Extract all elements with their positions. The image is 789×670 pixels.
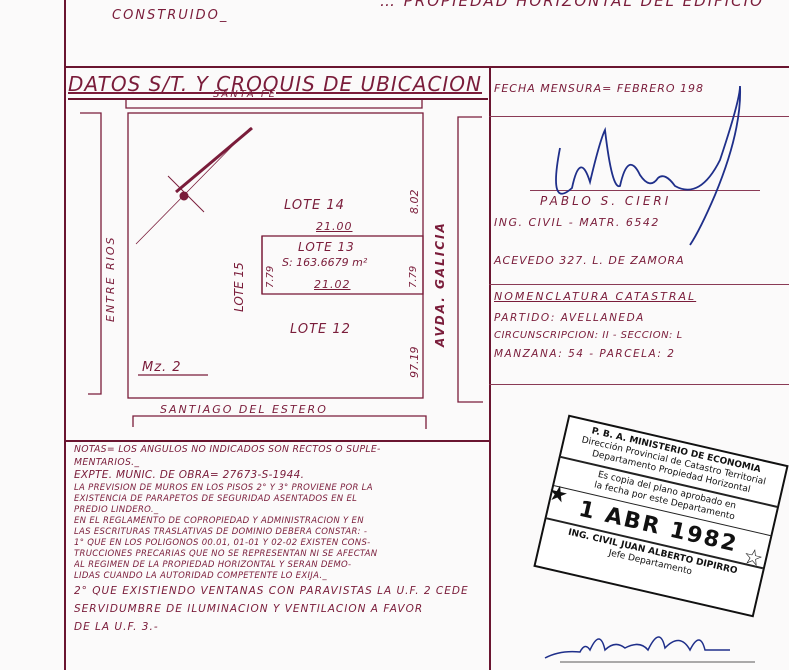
nomenclatura-manzana-parcela: MANZANA: 54 - PARCELA: 2	[494, 348, 675, 360]
note-line: EXPTE. MUNIC. DE OBRA= 27673-S-1944.	[74, 469, 494, 482]
lote-13-dim-bottom: 21.02	[314, 278, 351, 291]
block-label: Mz. 2	[142, 360, 182, 375]
surveyor-name: PABLO S. CIERI	[540, 194, 671, 208]
street-left: ENTRE RIOS	[104, 235, 117, 322]
note-line: AL REGIMEN DE LA PROPIEDAD HORIZONTAL Y …	[74, 560, 494, 571]
note-line: EN EL REGLAMENTO DE COPROPIEDAD Y ADMINI…	[74, 516, 494, 527]
note-line: EXISTENCIA DE PARAPETOS DE SEGURIDAD ASE…	[74, 494, 494, 505]
note-line: TRUCCIONES PRECARIAS QUE NO SE REPRESENT…	[74, 549, 494, 560]
lote-13-area: S: 163.6679 m²	[282, 256, 367, 269]
fecha-mensura: FECHA MENSURA= FEBRERO 198	[494, 82, 704, 95]
note-line: LIDAS CUANDO LA AUTORIDAD COMPETENTE LO …	[74, 571, 494, 582]
nomenclatura-circunscripcion: CIRCUNSCRIPCION: II - SECCION: L	[494, 330, 683, 341]
note-line: PREDIO LINDERO._	[74, 505, 494, 516]
lote-13-label: LOTE 13	[298, 240, 355, 254]
note-line: 1° QUE EN LOS POLIGONOS 00.01, 01-01 Y 0…	[74, 538, 494, 549]
note-line: NOTAS= LOS ANGULOS NO INDICADOS SON RECT…	[74, 443, 494, 456]
note-line: LAS ESCRITURAS TRASLATIVAS DE DOMINIO DE…	[74, 527, 494, 538]
surveyor-title: ING. CIVIL - MATR. 6542	[494, 216, 660, 229]
note-line: 2° QUE EXISTIENDO VENTANAS CON PARAVISTA…	[74, 582, 494, 600]
note-line: LA PREVISION DE MUROS EN LOS PISOS 2° Y …	[74, 483, 494, 494]
street-bottom: SANTIAGO DEL ESTERO	[160, 403, 328, 416]
lote-14-dim-right: 8.02	[408, 190, 421, 215]
note-line: SERVIDUMBRE DE ILUMINACION Y VENTILACION…	[74, 600, 494, 618]
note-line: MENTARIOS._	[74, 456, 494, 469]
nomenclatura-title: NOMENCLATURA CATASTRAL	[494, 290, 696, 303]
note-line: DE LA U.F. 3.-	[74, 618, 494, 636]
lote-13-dim-top: 21.00	[316, 220, 353, 233]
lote-14-label: LOTE 14	[284, 198, 345, 213]
lote-15-label: LOTE 15	[232, 262, 246, 312]
lote-13-dim-right: 7.79	[408, 266, 419, 288]
department-signature	[545, 637, 730, 658]
notes-block: NOTAS= LOS ANGULOS NO INDICADOS SON RECT…	[74, 443, 494, 636]
lote-12-label: LOTE 12	[290, 322, 351, 337]
street-top: SANTA FE	[213, 89, 277, 100]
nomenclatura-partido: PARTIDO: AVELLANEDA	[494, 312, 645, 324]
lote-12-dim-right: 97.19	[408, 347, 421, 379]
lote-13-dim-left: 7.79	[265, 266, 276, 288]
surveyor-address: ACEVEDO 327. L. DE ZAMORA	[494, 254, 685, 267]
street-right: AVDA. GALICIA	[433, 221, 447, 347]
